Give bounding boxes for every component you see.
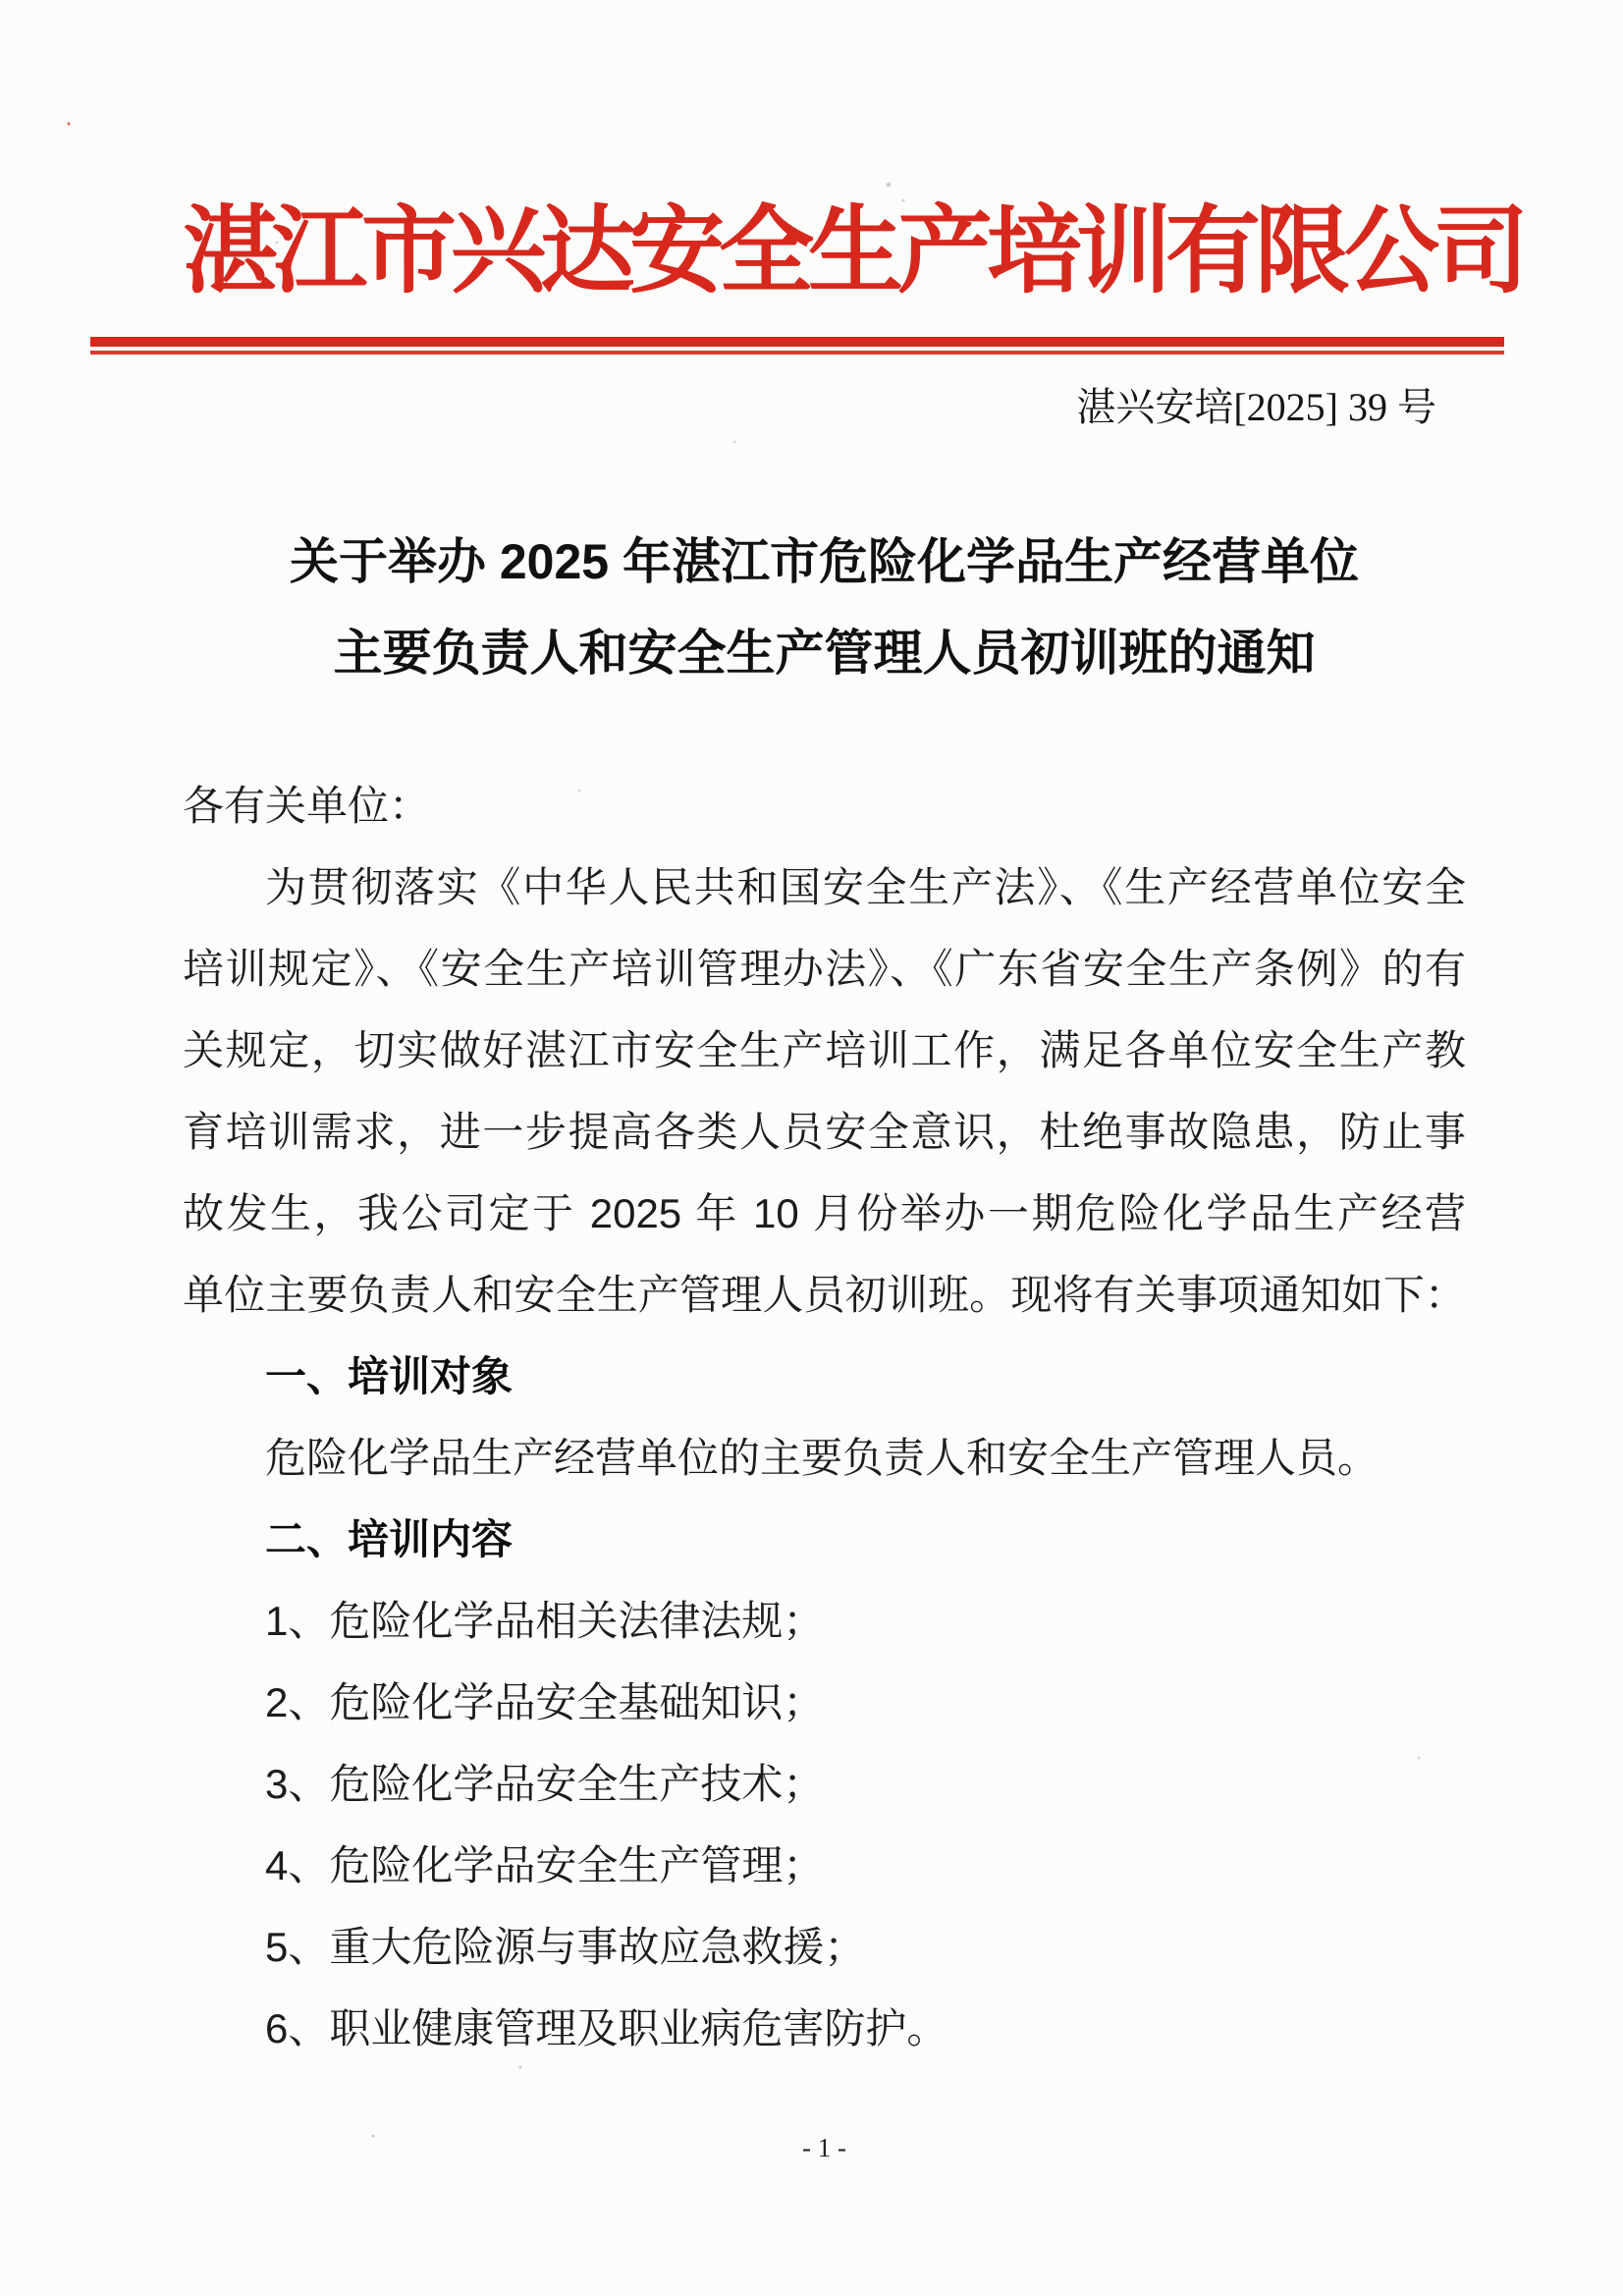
paragraph-line: 单位主要负责人和安全生产管理人员初训班。现将有关事项通知如下： <box>183 1254 1466 1336</box>
paragraph-line: 育培训需求，进一步提高各类人员安全意识，杜绝事故隐患，防止事 <box>183 1091 1466 1173</box>
section2-heading: 二、培训内容 <box>183 1499 1466 1580</box>
page-number: - 1 - <box>183 2133 1466 2162</box>
list-item: 1、危险化学品相关法律法规； <box>183 1580 1466 1662</box>
list-item: 2、危险化学品安全基础知识； <box>183 1662 1466 1743</box>
notice-title-line1: 关于举办 2025 年湛江市危险化学品生产经营单位 <box>183 517 1466 608</box>
section1-heading: 一、培训对象 <box>183 1336 1466 1417</box>
notice-title: 关于举办 2025 年湛江市危险化学品生产经营单位 主要负责人和安全生产管理人员… <box>183 517 1466 699</box>
document-number: 湛兴安培[2025] 39 号 <box>183 386 1436 429</box>
letterhead-rule-thin <box>90 351 1504 355</box>
list-item: 5、重大危险源与事故应急救援； <box>183 1906 1466 1988</box>
section1-text: 危险化学品生产经营单位的主要负责人和安全生产管理人员。 <box>183 1417 1466 1499</box>
paragraph-line: 关规定，切实做好湛江市安全生产培训工作，满足各单位安全生产教 <box>183 1010 1466 1091</box>
notice-body: 各有关单位： 为贯彻落实《中华人民共和国安全生产法》、《生产经营单位安全 培训规… <box>183 765 1466 2069</box>
list-item: 4、危险化学品安全生产管理； <box>183 1825 1466 1906</box>
paragraph-line: 故发生，我公司定于 2025 年 10 月份举办一期危险化学品生产经营 <box>183 1173 1466 1254</box>
scanned-notice-page: 湛江市兴达安全生产培训有限公司 湛兴安培[2025] 39 号 关于举办 202… <box>0 0 1623 2296</box>
list-item: 6、职业健康管理及职业病危害防护。 <box>183 1988 1466 2069</box>
letterhead-rule-thick <box>90 337 1504 347</box>
paragraph-line: 为贯彻落实《中华人民共和国安全生产法》、《生产经营单位安全 <box>183 847 1466 928</box>
notice-title-line2: 主要负责人和安全生产管理人员初训班的通知 <box>183 608 1466 699</box>
paragraph-line: 培训规定》、《安全生产培训管理办法》、《广东省安全生产条例》的有 <box>183 928 1466 1010</box>
salutation: 各有关单位： <box>183 765 1466 847</box>
list-item: 3、危险化学品安全生产技术； <box>183 1743 1466 1825</box>
company-letterhead: 湛江市兴达安全生产培训有限公司 <box>183 0 1466 312</box>
